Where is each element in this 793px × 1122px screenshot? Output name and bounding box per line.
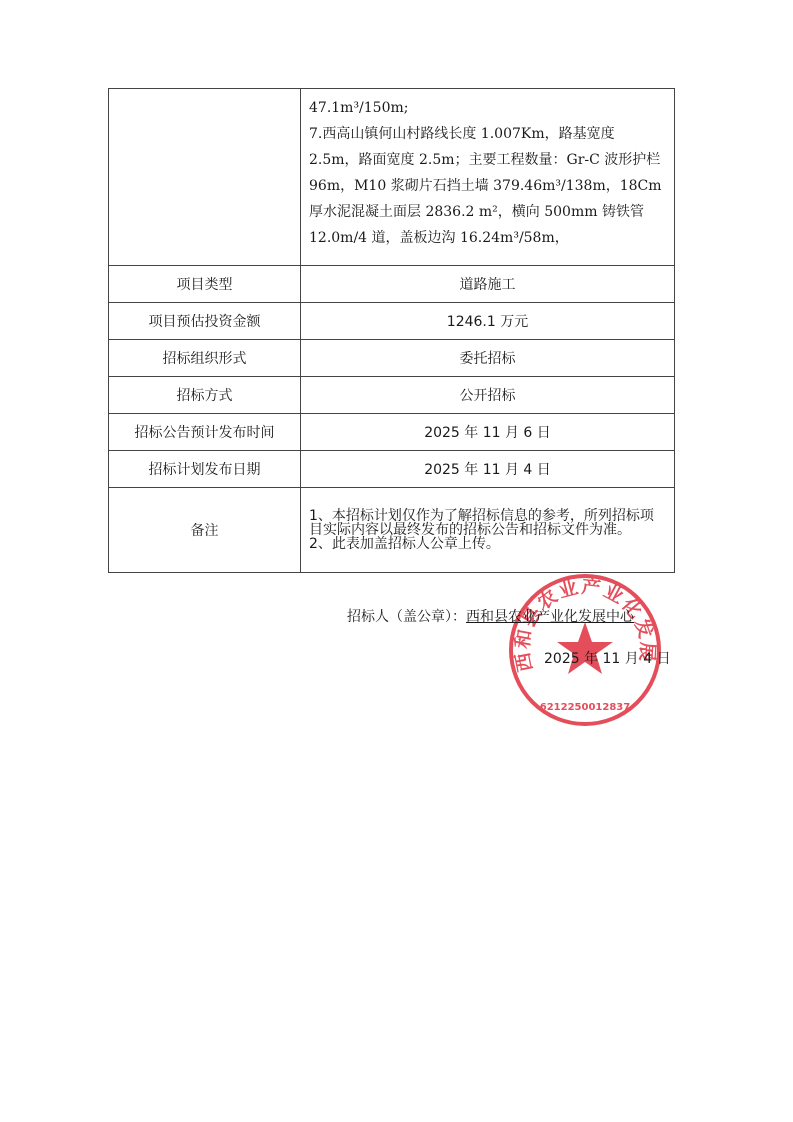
- seal-code: 6212250012837: [540, 702, 630, 713]
- table-row: 招标组织形式 委托招标: [109, 340, 675, 377]
- row-value: 2025 年 11 月 6 日: [301, 414, 675, 451]
- table-row-notes: 备注 1、本招标计划仅作为了解招标信息的参考，所列招标项目实际内容以最终发布的招…: [109, 488, 675, 573]
- description-label-cell: [109, 89, 301, 266]
- table-row: 项目预估投资金额 1246.1 万元: [109, 303, 675, 340]
- table-row: 招标公告预计发布时间 2025 年 11 月 6 日: [109, 414, 675, 451]
- row-label: 招标方式: [109, 377, 301, 414]
- row-value: 委托招标: [301, 340, 675, 377]
- signature-label: 招标人（盖公章）：: [347, 609, 466, 625]
- table-row: 招标计划发布日期 2025 年 11 月 4 日: [109, 451, 675, 488]
- row-label: 招标组织形式: [109, 340, 301, 377]
- table-row: 项目类型 道路施工: [109, 266, 675, 303]
- tender-plan-table: 47.1m³/150m; 7.西高山镇何山村路线长度 1.007Km，路基宽度 …: [108, 88, 675, 573]
- row-label: 项目类型: [109, 266, 301, 303]
- description-cell: 47.1m³/150m; 7.西高山镇何山村路线长度 1.007Km，路基宽度 …: [301, 89, 675, 266]
- row-value: 道路施工: [301, 266, 675, 303]
- row-label: 项目预估投资金额: [109, 303, 301, 340]
- row-value: 公开招标: [301, 377, 675, 414]
- notes-cell: 1、本招标计划仅作为了解招标信息的参考，所列招标项目实际内容以最终发布的招标公告…: [301, 488, 675, 573]
- note-line: 1、本招标计划仅作为了解招标信息的参考，所列招标项目实际内容以最终发布的招标公告…: [309, 509, 666, 537]
- row-value: 2025 年 11 月 4 日: [301, 451, 675, 488]
- signature-line: 招标人（盖公章）：西和县农业产业化发展中心: [347, 606, 652, 626]
- table-row: 招标方式 公开招标: [109, 377, 675, 414]
- note-line: 2、此表加盖招标人公章上传。: [309, 537, 666, 551]
- row-label: 招标计划发布日期: [109, 451, 301, 488]
- table-row-description: 47.1m³/150m; 7.西高山镇何山村路线长度 1.007Km，路基宽度 …: [109, 89, 675, 266]
- notes-label: 备注: [109, 488, 301, 573]
- signature-date: 2025 年 11 月 4 日: [544, 648, 671, 668]
- row-value: 1246.1 万元: [301, 303, 675, 340]
- description-line: 47.1m³/150m;: [309, 95, 666, 121]
- row-label: 招标公告预计发布时间: [109, 414, 301, 451]
- description-line: 7.西高山镇何山村路线长度 1.007Km，路基宽度 2.5m，路面宽度 2.5…: [309, 121, 666, 251]
- tenderer-organization: 西和县农业产业化发展中心: [466, 609, 652, 625]
